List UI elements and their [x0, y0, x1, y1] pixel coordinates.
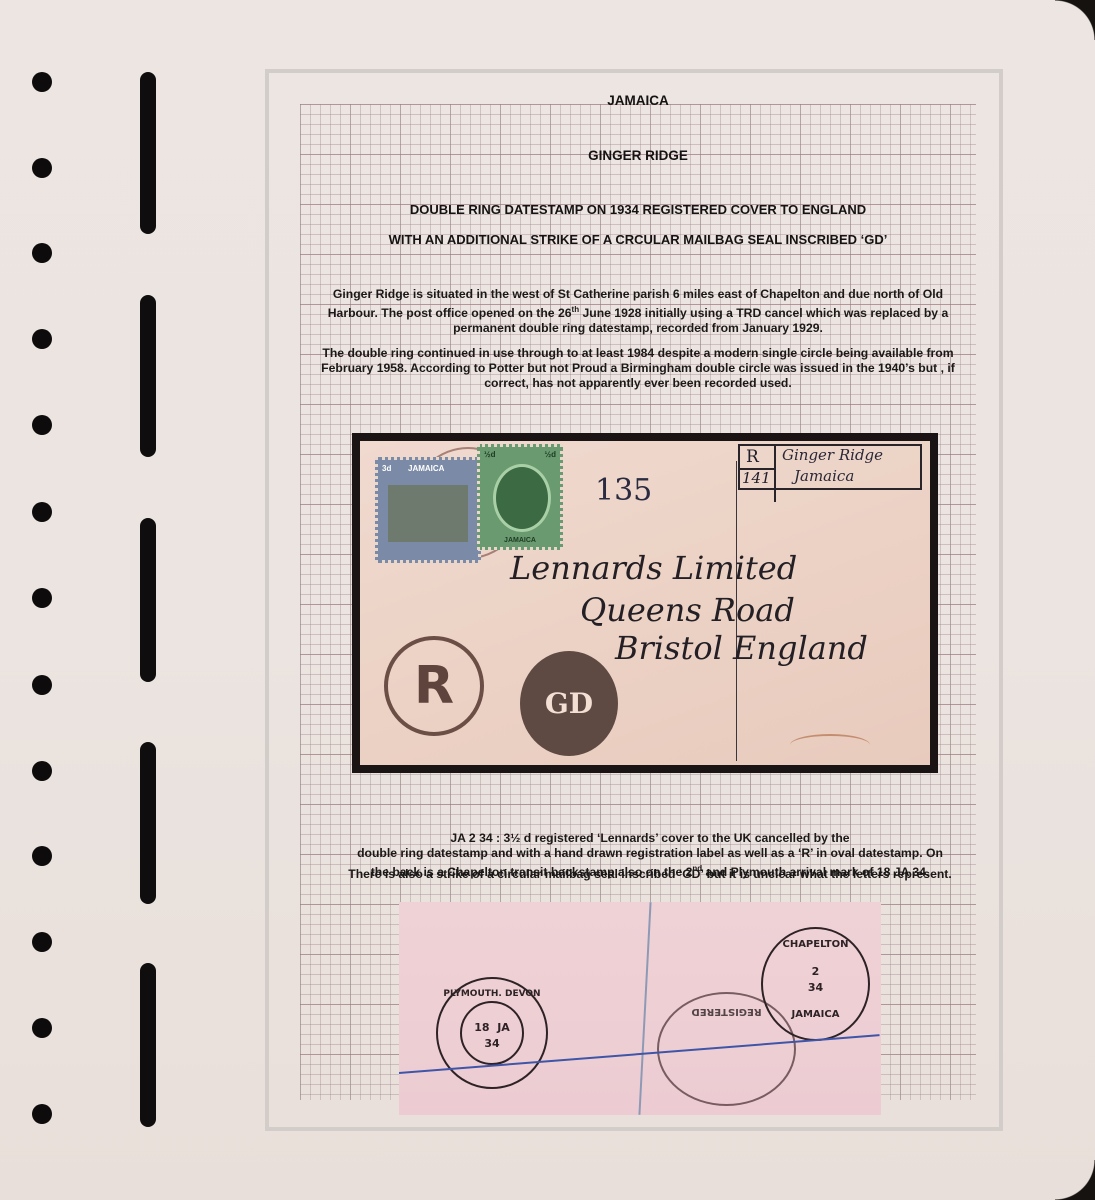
stain	[790, 734, 870, 756]
pencil-note: 135	[595, 473, 652, 508]
binder-hole	[32, 932, 52, 952]
address-line-2: Queens Road	[580, 591, 795, 629]
country-heading: JAMAICA	[300, 93, 976, 108]
binder-hole	[32, 502, 52, 522]
binder-hole	[32, 1104, 52, 1124]
binder-slot	[140, 742, 156, 904]
binder-hole	[32, 72, 52, 92]
binder-hole	[32, 846, 52, 866]
cover-front-image: 3d JAMAICA ½d ½d JAMAICA 135 R 141 Ginge…	[360, 441, 930, 765]
album-page: JAMAICA GINGER RIDGE DOUBLE RING DATESTA…	[0, 0, 1095, 1200]
page-corner	[1055, 0, 1095, 40]
binder-hole	[32, 1018, 52, 1038]
address-line-1: Lennards Limited	[510, 549, 797, 587]
binder-hole	[32, 329, 52, 349]
gd-mailbag-seal: GD	[520, 651, 618, 756]
seal-note: There is also a strike of a circular mai…	[320, 867, 980, 882]
plymouth-arrival-mark: PLYMOUTH. DEVON 18 JA 34	[436, 977, 548, 1089]
king-portrait	[493, 464, 551, 532]
binder-hole	[32, 761, 52, 781]
page-title-line1: DOUBLE RING DATESTAMP ON 1934 REGISTERED…	[300, 202, 976, 217]
chapelton-transit-mark: CHAPELTON 2 34 JAMAICA	[761, 927, 870, 1041]
page-corner	[1055, 1160, 1095, 1200]
intro-paragraph-1: Ginger Ridge is situated in the west of …	[318, 287, 958, 336]
binder-hole	[32, 243, 52, 263]
stamp-vignette	[388, 485, 468, 542]
town-heading: GINGER RIDGE	[300, 148, 976, 163]
binder-slot	[140, 518, 156, 682]
binder-hole	[32, 588, 52, 608]
stamp-halfpenny: ½d ½d JAMAICA	[477, 444, 563, 550]
intro-paragraph-2: The double ring continued in use through…	[318, 346, 958, 391]
binder-hole	[32, 675, 52, 695]
binder-slot	[140, 963, 156, 1127]
stamp-3d: 3d JAMAICA	[375, 457, 481, 563]
binder-hole	[32, 158, 52, 178]
address-line-3: Bristol England	[615, 629, 868, 667]
binder-slot	[140, 295, 156, 457]
r-in-oval-datestamp: R	[384, 636, 484, 736]
registration-label: R 141 Ginger Ridge Jamaica	[738, 444, 922, 490]
binder-slot	[140, 72, 156, 234]
page-title-line2: WITH AN ADDITIONAL STRIKE OF A CRCULAR M…	[300, 232, 976, 247]
cover-back-image: PLYMOUTH. DEVON 18 JA 34 REGISTERED CHAP…	[399, 902, 881, 1115]
binder-hole	[32, 415, 52, 435]
pencil-line	[638, 902, 651, 1115]
